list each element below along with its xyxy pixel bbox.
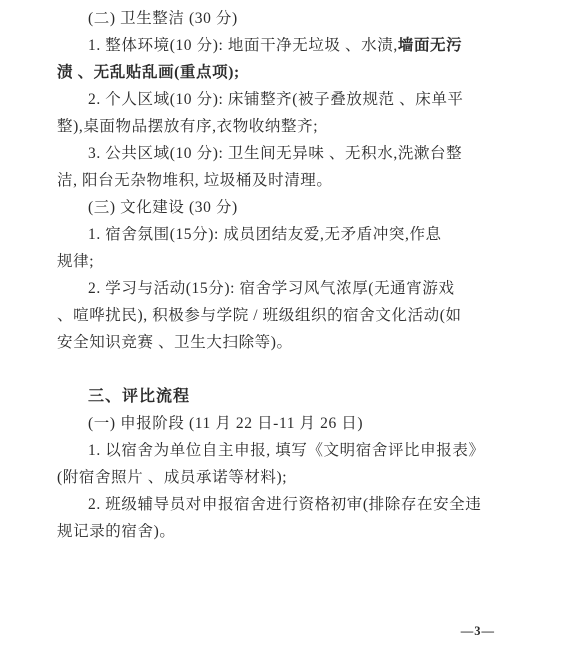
item-dorm-atmosphere-line2: 规律;	[57, 248, 513, 275]
heading-text: (一) 申报阶段 (11 月 22 日-11 月 26 日)	[88, 415, 363, 432]
item-public-area-line2: 洁, 阳台无杂物堆积, 垃圾桶及时清理。	[57, 167, 513, 194]
blank-line	[57, 356, 513, 383]
item-overall-environment-line2: 渍 、无乱贴乱画(重点项);	[57, 59, 513, 86]
item-text: 2. 个人区域(10 分): 床铺整齐(被子叠放规范 、床单平	[88, 91, 464, 108]
section-heading-hygiene: (二) 卫生整洁 (30 分)	[57, 5, 513, 32]
item-self-application-line2: (附宿舍照片 、成员承诺等材料);	[57, 464, 513, 491]
section-heading-application-stage: (一) 申报阶段 (11 月 22 日-11 月 26 日)	[57, 410, 513, 437]
item-counselor-review-line1: 2. 班级辅导员对申报宿舍进行资格初审(排除存在安全违	[57, 491, 513, 518]
item-self-application-line1: 1. 以宿舍为单位自主申报, 填写《文明宿舍评比申报表》	[57, 437, 513, 464]
section-heading-culture: (三) 文化建设 (30 分)	[57, 194, 513, 221]
item-study-activity-line3: 安全知识竞赛 、卫生大扫除等)。	[57, 329, 513, 356]
item-counselor-review-line2: 规记录的宿舍)。	[57, 518, 513, 545]
heading-text: (二) 卫生整洁 (30 分)	[88, 10, 238, 27]
item-study-activity-line1: 2. 学习与活动(15分): 宿舍学习风气浓厚(无通宵游戏	[57, 275, 513, 302]
document-page: (二) 卫生整洁 (30 分) 1. 整体环境(10 分): 地面干净无垃圾 、…	[0, 0, 566, 646]
item-text: 规记录的宿舍)。	[57, 523, 175, 540]
item-personal-area-line2: 整),桌面物品摆放有序,衣物收纳整齐;	[57, 113, 513, 140]
heading-text: (三) 文化建设 (30 分)	[88, 199, 238, 216]
item-text: (附宿舍照片 、成员承诺等材料);	[57, 469, 287, 486]
item-public-area-line1: 3. 公共区域(10 分): 卫生间无异味 、无积水,洗漱台整	[57, 140, 513, 167]
item-text: 、喧哗扰民), 积极参与学院 / 班级组织的宿舍文化活动(如	[57, 307, 462, 324]
item-text: 安全知识竞赛 、卫生大扫除等)。	[57, 334, 293, 351]
item-text: 2. 班级辅导员对申报宿舍进行资格初审(排除存在安全违	[88, 496, 481, 513]
chapter-heading-evaluation-process: 三、评比流程	[57, 383, 513, 410]
item-text: 洁, 阳台无杂物堆积, 垃圾桶及时清理。	[57, 172, 333, 189]
item-text: 3. 公共区域(10 分): 卫生间无异味 、无积水,洗漱台整	[88, 145, 462, 162]
item-text-emphasis: 渍 、无乱贴乱画(重点项);	[57, 64, 240, 81]
item-text-emphasis: 墙面无污	[398, 37, 462, 54]
item-text: 1. 以宿舍为单位自主申报, 填写《文明宿舍评比申报表》	[88, 442, 485, 459]
item-text: 2. 学习与活动(15分): 宿舍学习风气浓厚(无通宵游戏	[88, 280, 455, 297]
item-text: 1. 宿舍氛围(15分): 成员团结友爱,无矛盾冲突,作息	[88, 226, 442, 243]
item-text: 整),桌面物品摆放有序,衣物收纳整齐;	[57, 118, 318, 135]
page-number: —3—	[461, 624, 495, 639]
heading-text: 三、评比流程	[88, 388, 190, 405]
item-text-normal: 1. 整体环境(10 分): 地面干净无垃圾 、水渍,	[88, 37, 398, 54]
item-text: 规律;	[57, 253, 94, 270]
item-study-activity-line2: 、喧哗扰民), 积极参与学院 / 班级组织的宿舍文化活动(如	[57, 302, 513, 329]
item-overall-environment-line1: 1. 整体环境(10 分): 地面干净无垃圾 、水渍,墙面无污	[57, 32, 513, 59]
item-personal-area-line1: 2. 个人区域(10 分): 床铺整齐(被子叠放规范 、床单平	[57, 86, 513, 113]
document-body: (二) 卫生整洁 (30 分) 1. 整体环境(10 分): 地面干净无垃圾 、…	[57, 5, 513, 545]
item-dorm-atmosphere-line1: 1. 宿舍氛围(15分): 成员团结友爱,无矛盾冲突,作息	[57, 221, 513, 248]
